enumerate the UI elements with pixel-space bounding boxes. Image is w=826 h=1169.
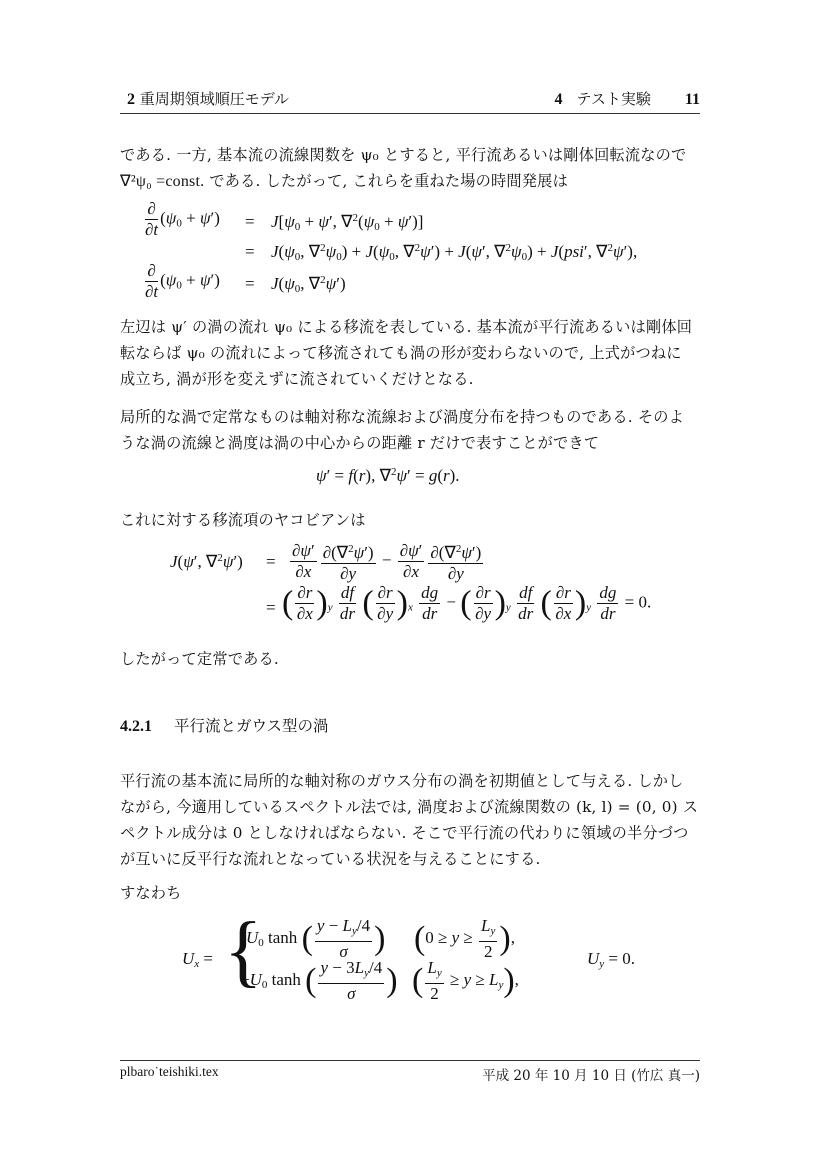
header-chapter: 2 重周期領域順圧モデル xyxy=(127,88,289,109)
section-heading: 4.2.1平行流とガウス型の渦 xyxy=(120,714,329,736)
eq3-rhs2: (∂r∂x)y dfdr (∂r∂y)x dgdr − (∂r∂y)y dfdr… xyxy=(282,584,651,623)
footer-date-author: 平成 20 年 10 月 10 日 (竹広 真一) xyxy=(482,1064,700,1084)
paragraph-7: すなわち xyxy=(120,880,705,906)
section-heading-number: 4.2.1 xyxy=(120,718,152,735)
eq1-lhs3: ∂∂t(ψ0 + ψ′) xyxy=(143,262,220,301)
paragraph-line: が互いに反平行な流れとなっている状況を与えることにする. xyxy=(120,846,705,872)
paragraph-4: これに対する移流項のヤコビアンは xyxy=(120,507,705,533)
page-number: 11 xyxy=(685,91,700,108)
eq1-rhs3: J(ψ0, ∇2ψ′) xyxy=(271,274,346,295)
paragraph-1: である. 一方, 基本流の流線関数を ψ₀ とすると, 平行流あるいは剛体回転流… xyxy=(120,142,705,195)
eq3-lhs: J(ψ′, ∇2ψ′) xyxy=(170,552,243,572)
paragraph-line: ペクトル成分は 0 としなければならない. そこで平行流の代わりに領域の半分づつ xyxy=(120,820,705,846)
section-title: テスト実験 xyxy=(576,90,650,108)
header-section: 4テスト実験11 xyxy=(554,88,700,109)
eq1-rhs2: J(ψ0, ∇2ψ0) + J(ψ0, ∇2ψ′) + J(ψ′, ∇2ψ0) … xyxy=(271,242,637,263)
eq4-case1: U0 tanh (y − Ly/4σ) (0 ≥ y ≥ Ly2), xyxy=(246,917,515,961)
paragraph-2: 左辺は ψ′ の渦の流れ ψ₀ による移流を表している. 基本流が平行流あるいは… xyxy=(120,314,705,392)
paragraph-6: 平行流の基本流に局所的な軸対称のガウス分布の渦を初期値として与える. しかし な… xyxy=(120,768,705,872)
paragraph-line: 平行流の基本流に局所的な軸対称のガウス分布の渦を初期値として与える. しかし xyxy=(120,768,705,794)
equation-axisymmetric: ψ′ = f(r), ∇2ψ′ = g(r). xyxy=(316,466,460,486)
running-header: 2 重周期領域順圧モデル 4テスト実験11 xyxy=(127,88,700,110)
paragraph-line: 局所的な渦で定常なものは軸対称な流線および渦度分布を持つものである. そのよ xyxy=(120,404,705,430)
eq4-uy: Uy = 0. xyxy=(587,949,635,970)
section-number: 4 xyxy=(554,91,562,108)
paragraph-line: である. 一方, 基本流の流線関数を ψ₀ とすると, 平行流あるいは剛体回転流… xyxy=(120,142,705,168)
footer-rule xyxy=(120,1060,700,1061)
paragraph-5: したがって定常である. xyxy=(120,646,705,672)
paragraph-line: ∇²ψ₀ =const. である. したがって, これらを重ねた場の時間発展は xyxy=(120,168,705,195)
equation-basic-flow: Ux = { U0 tanh (y − Ly/4σ) (0 ≥ y ≥ Ly2)… xyxy=(182,915,662,1005)
document-page: 2 重周期領域順圧モデル 4テスト実験11 である. 一方, 基本流の流線関数を… xyxy=(0,0,826,1169)
paragraph-3: 局所的な渦で定常なものは軸対称な流線および渦度分布を持つものである. そのよ う… xyxy=(120,404,705,456)
chapter-number: 2 xyxy=(127,91,135,108)
header-rule xyxy=(120,113,700,114)
eq3-rhs1: ∂ψ′∂x∂(∇2ψ′)∂y − ∂ψ′∂x∂(∇2ψ′)∂y xyxy=(288,540,485,583)
eq4-case2: −U0 tanh (y − 3Ly/4σ) (Ly2 ≥ y ≥ Ly), xyxy=(240,959,519,1003)
chapter-title: 重周期領域順圧モデル xyxy=(140,90,289,108)
paragraph-text: である. したがって, これらを重ねた場の時間発展は xyxy=(204,172,568,190)
inline-math: ∇²ψ₀ =const. xyxy=(120,173,204,190)
paragraph-line: 成立ち, 渦が形を変えずに流されていくだけとなる. xyxy=(120,366,705,392)
eq1-lhs: ∂∂t(ψ0 + ψ′) xyxy=(143,200,220,239)
eq4-lhs: Ux = xyxy=(182,949,213,970)
footer-filename: plbaro˙teishiki.tex xyxy=(120,1064,219,1080)
paragraph-line: ながら, 今適用しているスペクトル法では, 渦度および流線関数の (k, l) … xyxy=(120,794,705,820)
section-heading-title: 平行流とガウス型の渦 xyxy=(174,717,329,735)
paragraph-line: うな渦の流線と渦度は渦の中心からの距離 r だけで表すことができて xyxy=(120,430,705,456)
paragraph-line: 左辺は ψ′ の渦の流れ ψ₀ による移流を表している. 基本流が平行流あるいは… xyxy=(120,314,705,340)
paragraph-line: 転ならば ψ₀ の流れによって移流されても渦の形が変わらないので, 上式がつねに xyxy=(120,340,705,366)
eq1-rhs1: J[ψ0 + ψ′, ∇2(ψ0 + ψ′)] xyxy=(271,212,423,233)
